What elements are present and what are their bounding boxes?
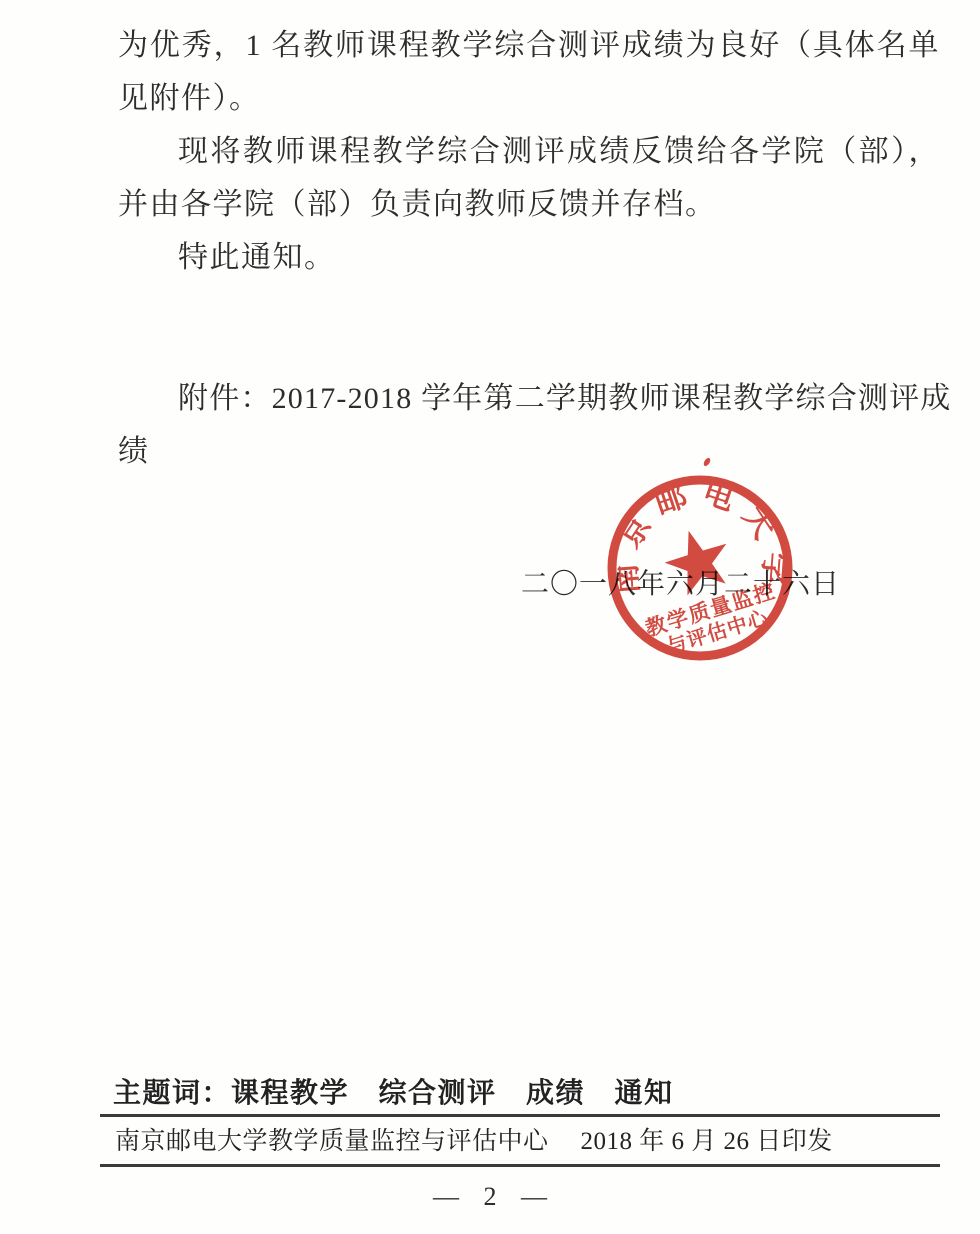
print-date: 2018 年 6 月 26 日印发 — [581, 1126, 833, 1158]
page-number: — 2 — — [0, 1182, 980, 1212]
document-page: 为优秀，1 名教师课程教学综合测评成绩为良好（具体名单见附件）。 现将教师课程教… — [0, 0, 980, 1234]
keywords-line: 主题词：课程教学 综合测评 成绩 通知 — [113, 1076, 674, 1110]
ink-speck — [702, 457, 711, 467]
keywords-terms: 课程教学 综合测评 成绩 通知 — [231, 1077, 674, 1108]
keywords-label: 主题词： — [113, 1077, 231, 1108]
divider-top — [100, 1114, 940, 1117]
publisher-name: 南京邮电大学教学质量监控与评估中心 — [115, 1126, 549, 1158]
star-icon — [658, 521, 738, 599]
attachment-line: 附件：2017-2018 学年第二学期教师课程教学综合测评成绩 — [118, 372, 958, 478]
divider-bottom — [100, 1164, 940, 1167]
body-text: 为优秀，1 名教师课程教学综合测评成绩为良好（具体名单见附件）。 现将教师课程教… — [118, 19, 940, 284]
paragraph-notice: 特此通知。 — [118, 231, 940, 284]
paragraph-feedback: 现将教师课程教学综合测评成绩反馈给各学院（部），并由各学院（部）负责向教师反馈并… — [118, 125, 940, 231]
official-seal-stamp: 南京邮电大学 教学质量监控 与评估中心 — [585, 440, 815, 680]
paragraph-continuation: 为优秀，1 名教师课程教学综合测评成绩为良好（具体名单见附件）。 — [118, 19, 940, 125]
publisher-line: 南京邮电大学教学质量监控与评估中心 2018 年 6 月 26 日印发 — [115, 1126, 855, 1158]
